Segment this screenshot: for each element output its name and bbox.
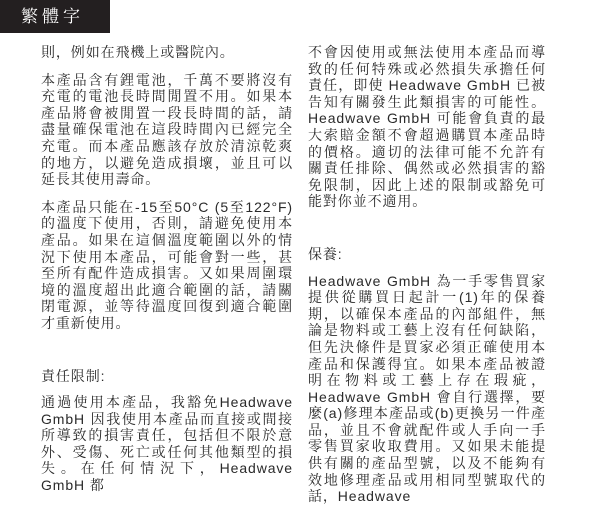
temperature-range-paragraph: 本產品只能在-15至50°C (5至122°F)的溫度下使用，否則，請避免使用本… <box>41 199 293 332</box>
text-columns: 則，例如在飛機上或醫院內。 本產品含有鋰電池，千萬不要將沒有充電的電池長時間閒置… <box>41 44 570 505</box>
section-heading-liability-limitation: 責任限制: <box>41 368 293 385</box>
right-column: 不會因使用或無法使用本產品而導致的任何特殊或必然損失承擔任何責任，即使 Head… <box>308 44 546 505</box>
continuation-line: 則，例如在飛機上或醫院內。 <box>41 44 293 61</box>
language-tag: 繁體字 <box>0 0 110 33</box>
liability-continuation-paragraph: 不會因使用或無法使用本產品而導致的任何特殊或必然損失承擔任何責任，即使 Head… <box>308 44 546 210</box>
section-heading-warranty: 保養: <box>308 246 546 263</box>
warranty-paragraph: Headwave GmbH 為一手零售買家提供從購買日起計一(1)年的保養期，以… <box>308 273 546 505</box>
battery-care-paragraph: 本產品含有鋰電池，千萬不要將沒有充電的電池長時間閒置不用。如果本產品將會被閒置一… <box>41 72 293 188</box>
document-page: 繁體字 則，例如在飛機上或醫院內。 本產品含有鋰電池，千萬不要將沒有充電的電池長… <box>0 0 595 510</box>
liability-paragraph: 通過使用本產品，我豁免Headwave GmbH 因我使用本產品而直接或間接所導… <box>41 394 293 494</box>
left-column: 則，例如在飛機上或醫院內。 本產品含有鋰電池，千萬不要將沒有充電的電池長時間閒置… <box>41 44 293 505</box>
